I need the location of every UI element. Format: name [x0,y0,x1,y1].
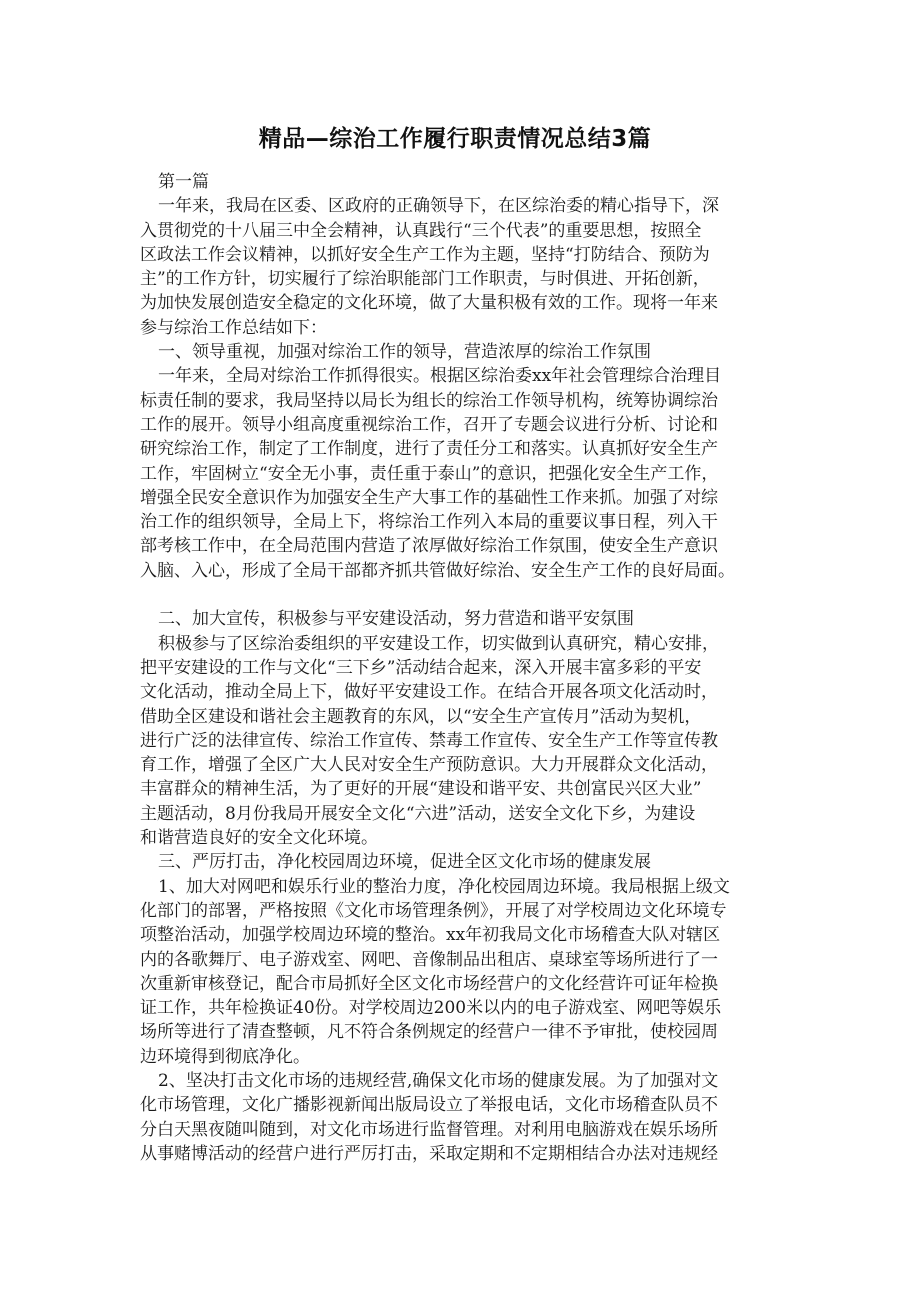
text-line: 内的各歌舞厅、电子游戏室、网吧、音像制品出租店、桌球室等场所进行了一 [140,948,770,972]
text-line: 主题活动，8月份我局开展安全文化“六进”活动，送安全文化下乡，为建设 [140,802,770,826]
text-line: 为加快发展创造安全稳定的文化环境，做了大量积极有效的工作。现将一年来 [140,291,770,315]
text-line: 二、加大宣传，积极参与平安建设活动，努力营造和谐平安氛围 [140,607,770,631]
text-line: 参与综治工作总结如下： [140,316,770,340]
text-line: 育工作，增强了全区广大人民对安全生产预防意识。大力开展群众文化活动， [140,753,770,777]
text-line: 丰富群众的精神生活，为了更好的开展“建设和谐平安、共创富民兴区大业” [140,777,770,801]
text-line: 入脑、入心，形成了全局干部都齐抓共管做好综治、安全生产工作的良好局面。 [140,559,770,583]
text-line: 化市场管理，文化广播影视新闻出版局设立了举报电话，文化市场稽查队员不 [140,1093,770,1117]
text-line: 积极参与了区综治委组织的平安建设工作，切实做到认真研究，精心安排， [140,632,770,656]
document-title: 精品—综治工作履行职责情况总结3篇 [140,120,770,153]
text-line: 文化活动，推动全局上下，做好平安建设工作。在结合开展各项文化活动时， [140,680,770,704]
text-line: 边环境得到彻底净化。 [140,1045,770,1069]
text-line: 一、领导重视，加强对综治工作的领导，营造浓厚的综治工作氛围 [140,340,770,364]
text-line: 主”的工作方针，切实履行了综治职能部门工作职责，与时俱进、开拓创新， [140,267,770,291]
text-line: 工作的展开。领导小组高度重视综治工作，召开了专题会议进行分析、讨论和 [140,413,770,437]
text-line: 入贯彻党的十八届三中全会精神，认真践行“三个代表”的重要思想，按照全 [140,219,770,243]
text-line: 2、坚决打击文化市场的违规经营,确保文化市场的健康发展。为了加强对文 [140,1069,770,1093]
text-line: 一年来，我局在区委、区政府的正确领导下，在区综治委的精心指导下，深 [140,194,770,218]
blank-line [140,583,770,607]
document-body: 第一篇一年来，我局在区委、区政府的正确领导下，在区综治委的精心指导下，深入贯彻党… [140,170,770,1166]
text-line: 借助全区建设和谐社会主题教育的东风，以“安全生产宣传月”活动为契机， [140,705,770,729]
text-line: 和谐营造良好的安全文化环境。 [140,826,770,850]
text-line: 项整治活动，加强学校周边环境的整治。xx年初我局文化市场稽查大队对辖区 [140,923,770,947]
text-line: 研究综治工作，制定了工作制度，进行了责任分工和落实。认真抓好安全生产 [140,437,770,461]
text-line: 把平安建设的工作与文化“三下乡”活动结合起来，深入开展丰富多彩的平安 [140,656,770,680]
text-line: 化部门的部署，严格按照《文化市场管理条例》，开展了对学校周边文化环境专 [140,899,770,923]
text-line: 增强全民安全意识作为加强安全生产大事工作的基础性工作来抓。加强了对综 [140,486,770,510]
text-line: 一年来，全局对综治工作抓得很实。根据区综治委xx年社会管理综合治理目 [140,364,770,388]
text-line: 三、严厉打击，净化校园周边环境，促进全区文化市场的健康发展 [140,850,770,874]
text-line: 进行广泛的法律宣传、综治工作宣传、禁毒工作宣传、安全生产工作等宣传教 [140,729,770,753]
text-line: 部考核工作中，在全局范围内营造了浓厚做好综治工作氛围，使安全生产意识 [140,534,770,558]
text-line: 1、加大对网吧和娱乐行业的整治力度，净化校园周边环境。我局根据上级文 [140,875,770,899]
text-line: 工作，牢固树立“安全无小事，责任重于泰山”的意识，把强化安全生产工作， [140,462,770,486]
text-line: 从事赌博活动的经营户进行严厉打击，采取定期和不定期相结合办法对违规经 [140,1142,770,1166]
text-line: 场所等进行了清查整顿，凡不符合条例规定的经营户一律不予审批，使校园周 [140,1020,770,1044]
text-line: 次重新审核登记，配合市局抓好全区文化市场经营户的文化经营许可证年检换 [140,972,770,996]
text-line: 标责任制的要求，我局坚持以局长为组长的综治工作领导机构，统筹协调综治 [140,389,770,413]
text-line: 证工作，共年检换证40份。对学校周边200米以内的电子游戏室、网吧等娱乐 [140,996,770,1020]
text-line: 第一篇 [140,170,770,194]
text-line: 区政法工作会议精神，以抓好安全生产工作为主题，坚持“打防结合、预防为 [140,243,770,267]
text-line: 分白天黑夜随叫随到，对文化市场进行监督管理。对利用电脑游戏在娱乐场所 [140,1118,770,1142]
text-line: 治工作的组织领导，全局上下，将综治工作列入本局的重要议事日程，列入干 [140,510,770,534]
